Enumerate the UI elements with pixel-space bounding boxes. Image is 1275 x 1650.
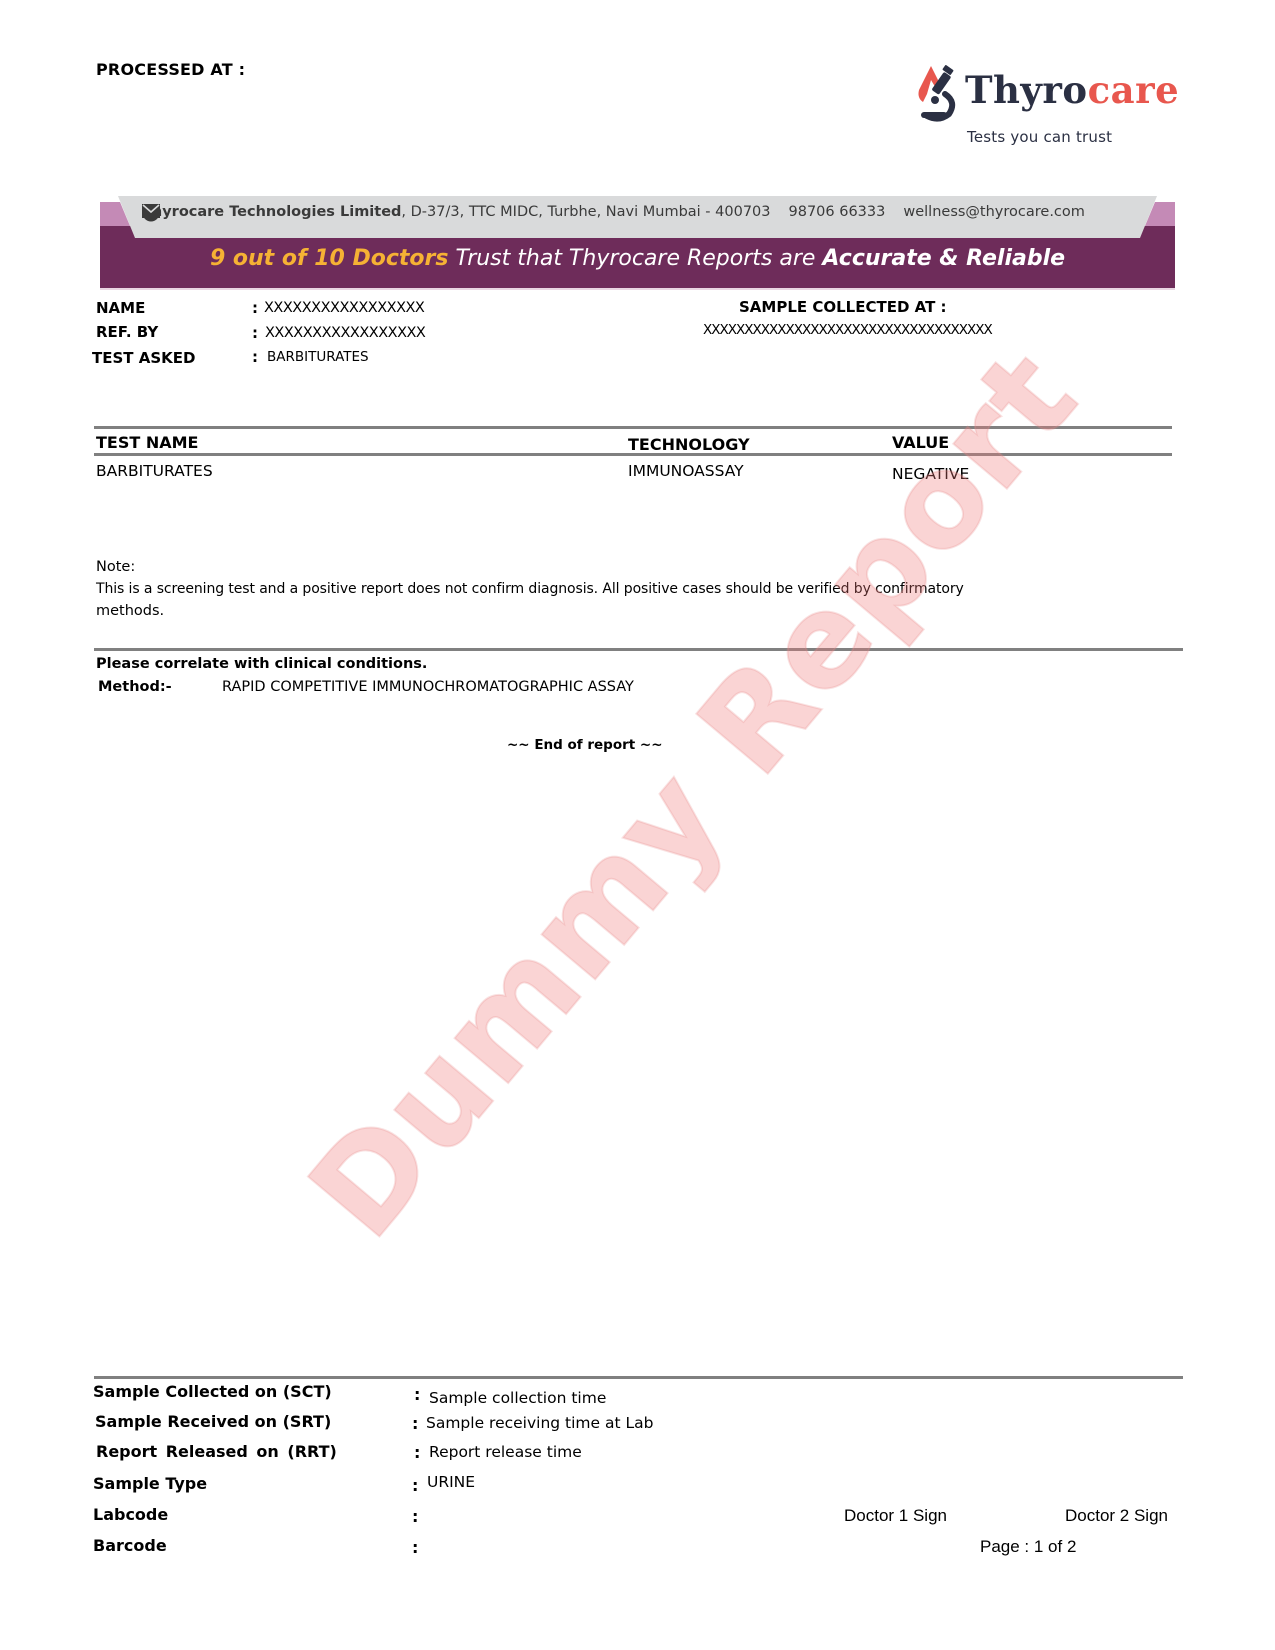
contact-banner: Thyrocare Technologies Limited, D-37/3, … xyxy=(100,196,1175,290)
srt-value: Sample receiving time at Lab xyxy=(426,1414,653,1432)
rrt-label: Report Released on (RRT) xyxy=(96,1442,337,1461)
company-name: Thyrocare Technologies Limited xyxy=(142,204,401,220)
sample-type-value: URINE xyxy=(427,1473,475,1491)
note-line-2: methods. xyxy=(96,603,164,619)
dummy-report-watermark: Dummy Report xyxy=(282,404,1039,1266)
col-test-name: TEST NAME xyxy=(96,433,198,452)
barcode-separator: : xyxy=(412,1538,418,1557)
brand-tagline: Tests you can trust xyxy=(967,128,1112,146)
note-line-1: This is a screening test and a positive … xyxy=(96,581,964,597)
sample-collected-at-label: SAMPLE COLLECTED AT : xyxy=(739,298,947,316)
table-header-rule xyxy=(94,453,1172,456)
name-value: XXXXXXXXXXXXXXXXX xyxy=(264,300,424,316)
method-label: Method:- xyxy=(98,679,172,695)
note-title: Note: xyxy=(96,559,135,575)
ref-by-separator: : xyxy=(252,324,258,342)
brand-name: Thyrocare xyxy=(965,68,1179,112)
doctor-1-sign: Doctor 1 Sign xyxy=(844,1506,947,1526)
company-address: , D-37/3, TTC MIDC, Turbhe, Navi Mumbai … xyxy=(401,204,770,220)
cell-value: NEGATIVE xyxy=(892,465,969,483)
correlate-text: Please correlate with clinical condition… xyxy=(96,656,427,672)
processed-at-label: PROCESSED AT : xyxy=(96,60,245,79)
rrt-separator: : xyxy=(414,1443,420,1462)
cell-test-name: BARBITURATES xyxy=(96,462,213,480)
name-separator: : xyxy=(252,299,258,317)
srt-separator: : xyxy=(412,1414,418,1433)
sample-type-label: Sample Type xyxy=(93,1474,207,1493)
table-top-rule xyxy=(94,426,1172,429)
email-address: wellness@thyrocare.com xyxy=(903,204,1085,220)
footer-rule xyxy=(94,1376,1183,1379)
doctor-2-sign: Doctor 2 Sign xyxy=(1065,1506,1168,1526)
trust-slogan: 9 out of 10 Doctors Trust that Thyrocare… xyxy=(100,246,1175,271)
labcode-label: Labcode xyxy=(93,1505,168,1524)
email-icon xyxy=(142,204,160,218)
test-asked-separator: : xyxy=(252,348,258,366)
ref-by-value: XXXXXXXXXXXXXXXXX xyxy=(265,325,425,341)
name-label: NAME xyxy=(96,299,145,317)
sct-label: Sample Collected on (SCT) xyxy=(93,1382,332,1401)
method-value: RAPID COMPETITIVE IMMUNOCHROMATOGRAPHIC … xyxy=(222,679,634,695)
microscope-drop-icon xyxy=(915,64,963,122)
labcode-separator: : xyxy=(412,1507,418,1526)
srt-label: Sample Received on (SRT) xyxy=(95,1412,331,1431)
test-asked-label: TEST ASKED xyxy=(92,349,195,367)
ref-by-label: REF. BY xyxy=(96,323,158,341)
sct-value: Sample collection time xyxy=(429,1389,606,1407)
note-rule xyxy=(94,648,1183,651)
end-of-report: ~~ End of report ~~ xyxy=(507,737,663,753)
phone-number: 98706 66333 xyxy=(789,204,886,220)
test-asked-value: BARBITURATES xyxy=(267,349,369,365)
page-number: Page : 1 of 2 xyxy=(980,1537,1076,1557)
col-value: VALUE xyxy=(892,433,949,452)
sct-separator: : xyxy=(414,1385,420,1404)
rrt-value: Report release time xyxy=(429,1443,582,1461)
sample-collected-at-value: XXXXXXXXXXXXXXXXXXXXXXXXXXXXXXXXXXX xyxy=(703,322,992,338)
barcode-label: Barcode xyxy=(93,1536,167,1555)
thyrocare-logo: Thyrocare Tests you can trust xyxy=(915,62,1165,157)
col-technology: TECHNOLOGY xyxy=(628,435,750,454)
cell-technology: IMMUNOASSAY xyxy=(628,462,744,480)
sample-type-separator: : xyxy=(412,1476,418,1495)
contact-strip: Thyrocare Technologies Limited, D-37/3, … xyxy=(142,204,1085,220)
